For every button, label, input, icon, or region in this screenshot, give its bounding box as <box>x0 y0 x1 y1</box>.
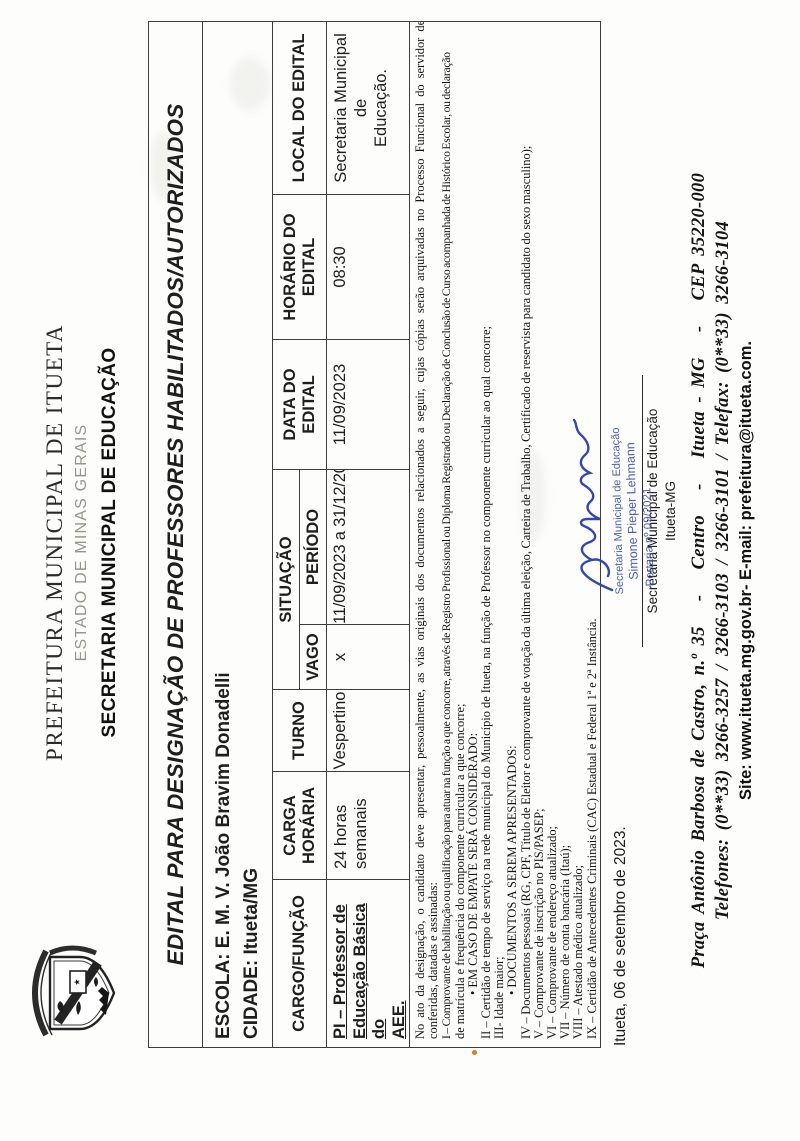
cell-data-edital: 11/09/2023 <box>327 340 410 470</box>
letterhead: PREFEITURA MUNICIPAL DE ITUETA ESTADO DE… <box>42 0 121 1085</box>
cell-local-edital: Secretaria Municipal de Educação. <box>327 21 410 194</box>
carga-line1: 24 horas <box>331 772 351 869</box>
rotated-document-content: PREFEITURA MUNICIPAL DE ITUETA ESTADO DE… <box>0 0 800 1141</box>
col-header-horario-line1: HORÁRIO DO <box>281 195 299 339</box>
notes-line: II – Certidão de tempo de serviço na red… <box>480 30 493 1039</box>
cell-cargo-funcao: PI – Professor de Educação Básica do AEE… <box>327 880 410 1048</box>
scan-artifact-dot <box>472 1050 477 1055</box>
footer-site-email: Site: www.itueta.mg.gov.br- E-mail: pref… <box>737 0 756 1141</box>
letterhead-secretariat: SECRETARIA MUNICIPAL DE EDUCAÇÃO <box>99 0 121 1085</box>
school-name: ESCOLA: E. M. V. João Bravim Donadelli <box>210 22 238 1039</box>
cell-carga-horaria: 24 horas semanais <box>327 772 410 880</box>
col-header-carga-line1: CARGA <box>281 772 299 879</box>
signer-city: Itueta-MG <box>663 356 678 666</box>
col-header-carga-line2: HORÁRIA <box>300 772 318 879</box>
letterhead-municipality: PREFEITURA MUNICIPAL DE ITUETA <box>42 0 68 1085</box>
cell-vago-mark: x <box>327 625 410 690</box>
footer: Praça Antônio Barbosa de Castro, n.º 35 … <box>688 0 756 1141</box>
col-header-data-line2: EDITAL <box>300 340 318 469</box>
notes-line: IV – Documentos pessoais (RG, CPF, Títul… <box>520 30 533 1039</box>
cell-horario-edital: 08:30 <box>327 195 410 340</box>
cell-turno: Vespertino <box>327 690 410 772</box>
edital-table: EDITAL PARA DESIGNAÇÃO DE PROFESSORES HA… <box>148 21 601 1048</box>
signature-block: Secretaria Municipal de Educação Simone … <box>582 356 678 666</box>
local-line1: Secretaria Municipal de <box>331 22 371 194</box>
cargo-line1: PI – Professor de <box>331 880 351 1039</box>
footer-address: Praça Antônio Barbosa de Castro, n.º 35 … <box>688 0 712 1141</box>
col-header-local-edital: LOCAL DO EDITAL <box>273 21 327 194</box>
notes-line: • DOCUMENTOS A SEREM APRESENTADOS: <box>506 30 519 1039</box>
col-header-vago: VAGO <box>300 625 327 690</box>
table-row: PI – Professor de Educação Básica do AEE… <box>327 21 410 1047</box>
carga-line2: semanais <box>351 772 371 869</box>
col-header-cargo-funcao: CARGO/FUNÇÃO <box>273 880 327 1048</box>
footer-phones: Telefones: (0**33) 3266-3257 / 3266-3103… <box>712 0 736 1141</box>
col-header-data-edital: DATA DO EDITAL <box>273 340 327 470</box>
letterhead-state: ESTADO DE MINAS GERAIS <box>73 0 91 1085</box>
school-city: CIDADE: Itueta/MG <box>238 22 266 1039</box>
notes-line: de matrícula e frequência do componente … <box>454 30 467 1039</box>
cargo-line2: Educação Básica do <box>351 880 390 1039</box>
school-cell: ESCOLA: E. M. V. João Bravim Donadelli C… <box>203 21 273 1047</box>
cell-periodo: 11/09/2023 a 31/12/2023 <box>327 470 410 625</box>
notes-line: conferidas, datadas e assinadas: <box>427 30 440 1039</box>
col-header-periodo: PERÍODO <box>300 470 327 625</box>
signer-role: Secretária Municipal de Educação Portari… <box>645 356 660 666</box>
col-header-horario-line2: EDITAL <box>300 195 318 339</box>
col-header-horario-edital: HORÁRIO DO EDITAL <box>273 195 327 340</box>
notes-line: I – Comprovante de habilitação ou qualif… <box>440 30 453 1039</box>
cargo-line3: AEE. <box>390 880 410 1039</box>
col-header-carga-horaria: CARGA HORÁRIA <box>273 772 327 880</box>
col-header-data-line1: DATA DO <box>281 340 299 469</box>
scanned-document-page: PREFEITURA MUNICIPAL DE ITUETA ESTADO DE… <box>0 0 800 1141</box>
col-header-turno: TURNO <box>273 690 327 772</box>
col-header-situacao: SITUAÇÃO <box>273 470 300 690</box>
date-line: Itueta, 06 de setembro de 2023. <box>612 826 630 1046</box>
local-line2: Educação. <box>371 22 391 194</box>
edital-title: EDITAL PARA DESIGNAÇÃO DE PROFESSORES HA… <box>149 21 203 1047</box>
